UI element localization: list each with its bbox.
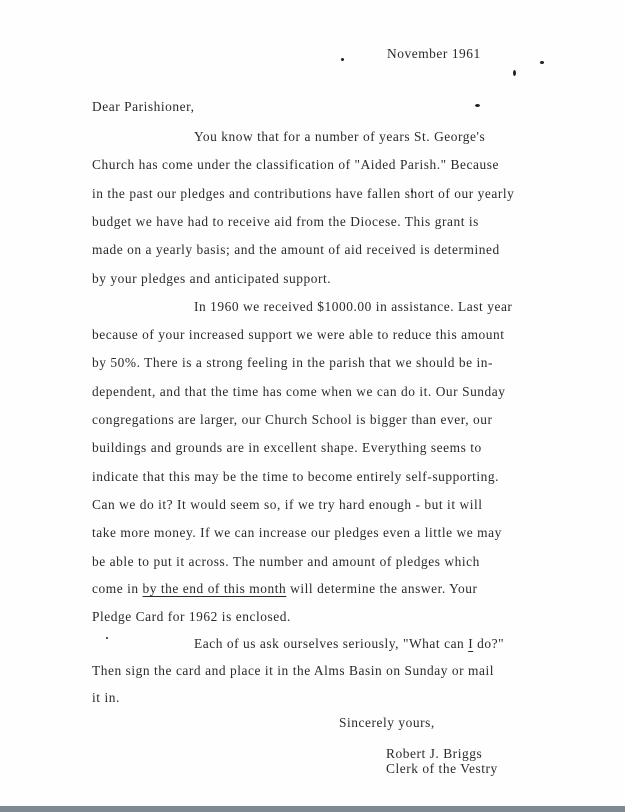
signer-name: Robert J. Briggs bbox=[386, 746, 482, 762]
body-line: dependent, and that the time has come wh… bbox=[92, 384, 506, 400]
scan-speck bbox=[106, 637, 108, 639]
body-line: congregations are larger, our Church Sch… bbox=[92, 412, 493, 428]
body-line: made on a yearly basis; and the amount o… bbox=[92, 242, 500, 258]
body-line: You know that for a number of years St. … bbox=[194, 129, 485, 145]
body-line: be able to put it across. The number and… bbox=[92, 554, 480, 570]
body-line: Church has come under the classification… bbox=[92, 157, 499, 173]
salutation: Dear Parishioner, bbox=[92, 99, 195, 115]
body-line: by 50%. There is a strong feeling in the… bbox=[92, 355, 493, 371]
letter-date: November 1961 bbox=[387, 46, 481, 62]
body-line: because of your increased support we wer… bbox=[92, 327, 505, 343]
body-line: buildings and grounds are in excellent s… bbox=[92, 440, 482, 456]
scan-speck bbox=[411, 190, 413, 193]
body-line: indicate that this may be the time to be… bbox=[92, 469, 499, 485]
body-line-card: Pledge Card for 1962 is enclosed. bbox=[92, 609, 291, 625]
body-line: in the past our pledges and contribution… bbox=[92, 186, 514, 202]
signer-title: Clerk of the Vestry bbox=[386, 761, 498, 777]
underlined-deadline: by the end of this month bbox=[143, 581, 287, 596]
body-line: Can we do it? It would seem so, if we tr… bbox=[92, 497, 483, 513]
closing: Sincerely yours, bbox=[339, 715, 435, 731]
body-line: by your pledges and anticipated support. bbox=[92, 271, 331, 287]
letter-page: November 1961 Dear Parishioner, You know… bbox=[0, 0, 625, 806]
scanner-edge bbox=[0, 806, 625, 812]
body-line: In 1960 we received $1000.00 in assistan… bbox=[194, 299, 512, 315]
body-line-sign: Then sign the card and place it in the A… bbox=[92, 663, 494, 679]
body-line: take more money. If we can increase our … bbox=[92, 525, 502, 541]
body-line-ask: Each of us ask ourselves seriously, "Wha… bbox=[194, 636, 504, 652]
body-line: budget we have had to receive aid from t… bbox=[92, 214, 479, 230]
body-line-deadline: come in by the end of this month will de… bbox=[92, 581, 478, 597]
scan-speck bbox=[513, 70, 516, 76]
scan-speck bbox=[341, 58, 344, 61]
scan-speck bbox=[475, 104, 480, 107]
body-line-mail: it in. bbox=[92, 690, 120, 706]
scan-speck bbox=[540, 61, 544, 64]
